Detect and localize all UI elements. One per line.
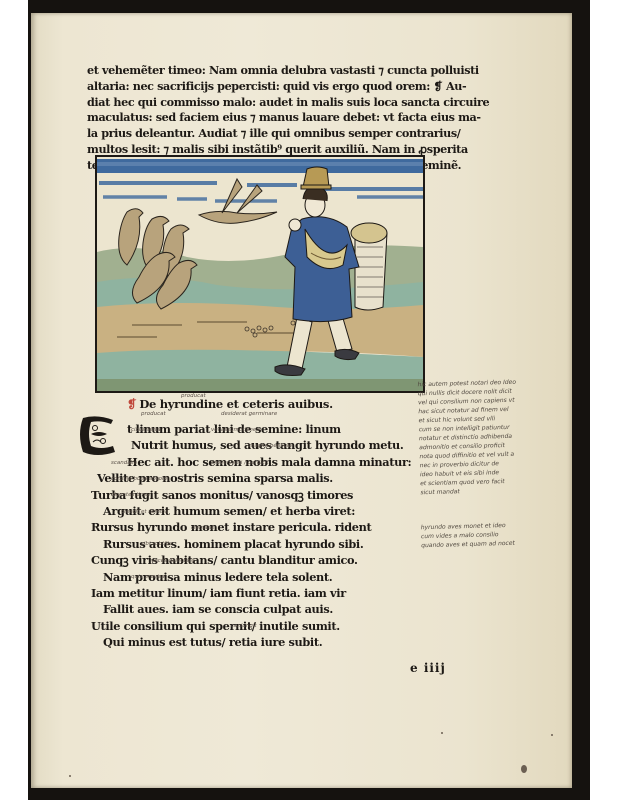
- sower-and-birds-illustration: [97, 157, 423, 391]
- interlinear-gloss: producat: [141, 411, 166, 417]
- signature-mark: e iiij: [410, 661, 446, 675]
- verse-line: Rursus hyrundo monet instare pericula. r…: [91, 519, 411, 535]
- prose-line: maculatus: sed faciem eius ⁊ manus lauar…: [87, 110, 427, 126]
- paper-stain: [521, 765, 527, 773]
- interlinear-gloss: dicentes timor: [111, 492, 151, 498]
- interlinear-gloss: vel assumptionem: [211, 427, 262, 433]
- marginal-note-block: hyrundo aves monet et ideo cum vides a m…: [421, 521, 515, 550]
- verse-line: Iam metitur linum/ iam fiunt retia. iam …: [91, 585, 411, 601]
- verse-line: Fallit aues. iam se conscia culpat auis.: [91, 601, 411, 617]
- interlinear-gloss: clamans: [191, 525, 214, 531]
- interlinear-gloss: cibus terra: [131, 427, 161, 433]
- paper-stain: [69, 775, 71, 777]
- prose-line: la prius deleantur. Audiat ⁊ ille qui om…: [87, 126, 427, 142]
- interlinear-gloss: coniungit: [231, 623, 257, 629]
- chapter-heading-text: De hyrundine et ceteris auibus.: [139, 397, 332, 411]
- interlinear-gloss: provenienti / perdicit: [211, 460, 269, 466]
- interlinear-gloss: magna pericula: [249, 443, 292, 449]
- interlinear-gloss: sibi subtilia: [141, 541, 172, 547]
- woodcut-illustration: [95, 155, 425, 393]
- interlinear-gloss: quia previsa: [131, 574, 165, 580]
- marginal-note-block: hic autem potest notari deo Ideo qui nul…: [417, 378, 518, 498]
- marginal-note-line: sicut mandat: [420, 486, 519, 498]
- prose-line: et vehemẽter timeo: Nam omnia delubra va…: [87, 63, 427, 79]
- interlinear-gloss: desiderat germinare: [221, 411, 277, 417]
- interlinear-gloss: producat: [181, 393, 206, 399]
- interlinear-gloss: voces delectare: [151, 558, 195, 564]
- paper-stain: [441, 732, 443, 734]
- paper-stain: [551, 734, 553, 736]
- interlinear-gloss: scandalia: [111, 460, 137, 466]
- verse-line: Rursus aues. hominem placat hyrundo sibi…: [91, 536, 411, 552]
- verse-line: Qui minus est tutus/ retia iure subit.: [91, 634, 411, 650]
- marginal-note-line: quando aves et quam ad nocet: [421, 539, 515, 550]
- chapter-heading: ❡De hyrundine et ceteris auibus.: [127, 397, 333, 411]
- prose-line: altaria: nec sacrificijs pepercisti: qui…: [87, 79, 427, 95]
- pilcrow-rubric: ❡: [127, 397, 136, 411]
- interlinear-gloss: consilia bona absolu: [111, 476, 167, 482]
- book-page: et vehemẽter timeo: Nam omnia delubra va…: [31, 13, 572, 788]
- interlinear-gloss: crescit et semina: [121, 509, 168, 515]
- prose-line: diat hec qui commisso malo: audet in mal…: [87, 95, 427, 111]
- verse-line: Cunqꝫ viris habitans/ cantu blanditur am…: [91, 552, 411, 568]
